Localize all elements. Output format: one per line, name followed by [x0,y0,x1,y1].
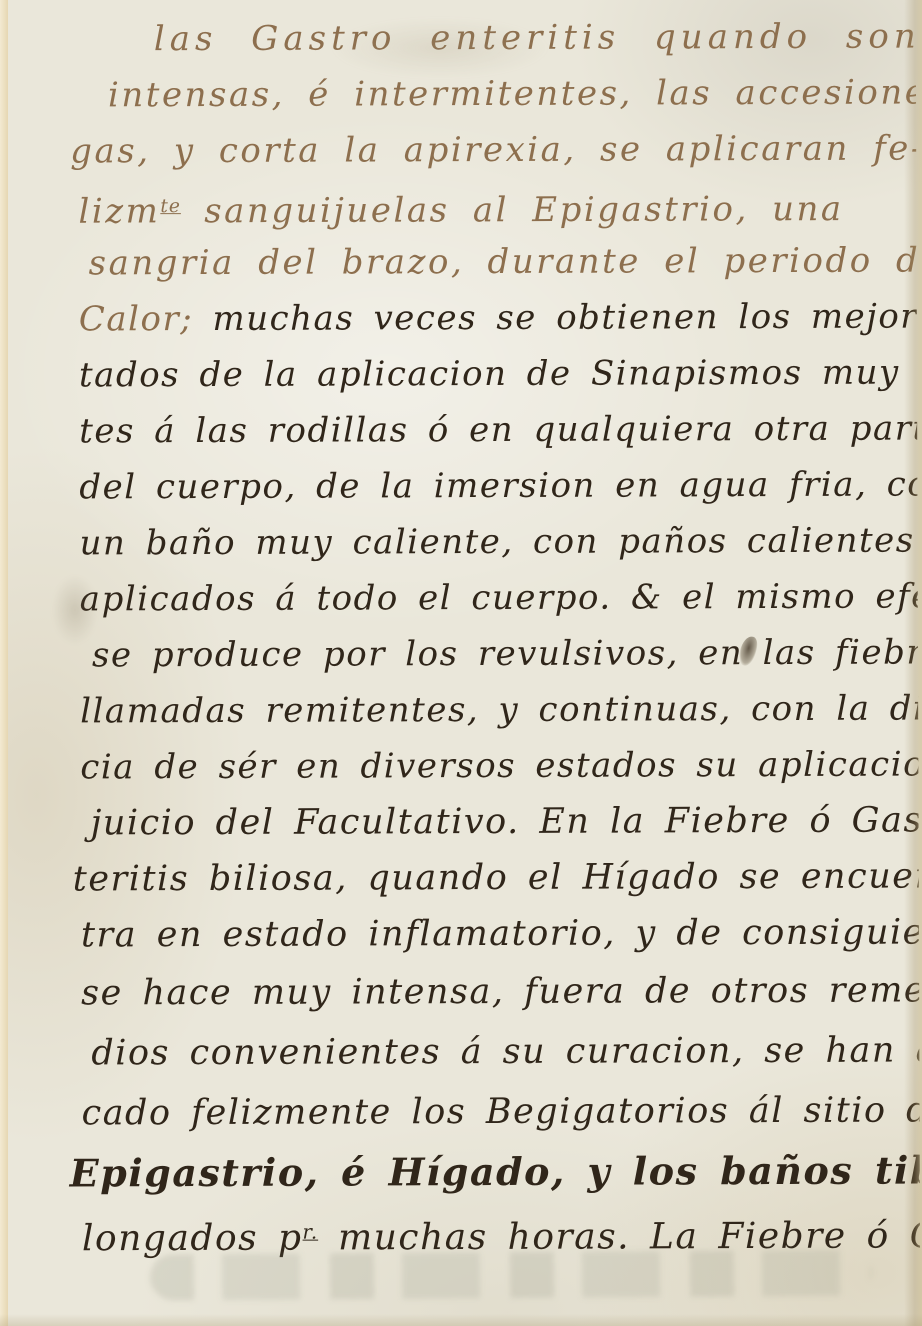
paper-stain [52,575,98,645]
manuscript-line: Epigastrio, é Hígado, y los baños tibios… [66,1141,920,1204]
page-edge [904,0,922,1326]
handwritten-text: las Gastro enteritis quando son muy inte… [62,9,921,1326]
manuscript-line: aplicados á todo el cuerpo. & el mismo e… [64,569,918,628]
manuscript-line: gas, y corta la apirexia, se aplicaran f… [62,121,916,180]
manuscript-line: un baño muy caliente, con paños caliente… [63,513,917,572]
line-text: muchas veces se obtienen los mejores res… [212,296,920,339]
page-edge [0,1314,922,1326]
manuscript-line: llamadas remitentes, y continuas, con la… [64,681,918,740]
superscript-abbreviation: te [160,196,181,217]
manuscript-line: Calor; muchas veces se obtienen los mejo… [63,289,917,348]
manuscript-photo: las Gastro enteritis quando son muy inte… [0,0,922,1326]
manuscript-line: del cuerpo, de la imersion en agua fria,… [63,457,917,516]
manuscript-line: dios convenientes á su curacion, se han … [65,1021,919,1084]
paper-stain [330,18,550,78]
manuscript-line: tes á las rodillas ó en qualquiera otra … [63,401,917,460]
manuscript-line: se produce por los revulsivos, en las fi… [64,625,918,684]
manuscript-line: se hace muy intensa, fuera de otros reme… [65,961,919,1024]
book-gutter [0,0,62,1326]
manuscript-line: tados de la aplicacion de Sinapismos muy… [63,345,917,404]
ink-bleedthrough [150,1249,872,1300]
superscript-abbreviation: r. [302,1221,318,1244]
manuscript-line: lizmte sanguijuelas al Epigastrio, una [62,177,916,236]
line-text: sanguijuelas al Epigastrio, una [181,189,844,231]
line-text: lizm [78,191,160,231]
manuscript-line: cia de sér en diversos estados su aplica… [64,737,918,796]
manuscript-line: juicio del Facultativo. En la Fiebre ó G… [64,793,918,852]
manuscript-line: tra en estado inflamatorio, y de consigu… [65,905,919,964]
line-text: Calor; [79,299,213,339]
manuscript-line: cado felizmente los Begigatorios ál siti… [65,1081,919,1144]
manuscript-line: sangria del brazo, durante el periodo de… [62,233,916,292]
manuscript-line: teritis biliosa, quando el Hígado se enc… [65,849,919,908]
page-edge-highlight [0,0,8,1326]
